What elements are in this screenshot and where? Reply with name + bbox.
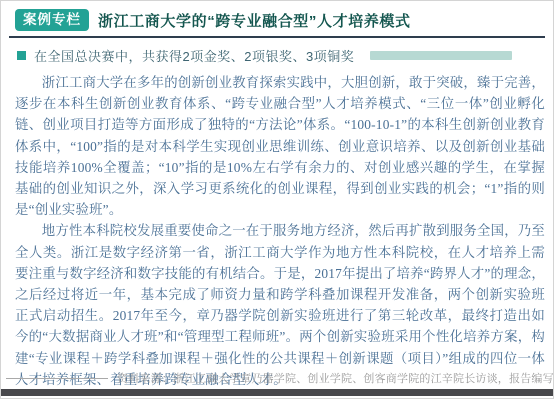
source-note: 资料来源：浙江工商大学章乃器学院、创业学院、创客商学院的江辛院长访谈，报告编写组… [117, 370, 554, 386]
highlight-text: 在全国总决赛中，共获得2项金奖、2项银奖、3项铜奖 [34, 46, 354, 65]
case-title: 浙江工商大学的“跨专业融合型”人才培养模式 [98, 10, 411, 31]
bottom-shadow [1, 389, 553, 396]
highlight-row: 在全国总决赛中，共获得2项金奖、2项银奖、3项铜奖 [17, 46, 512, 65]
body-paragraph: 地方性本科院校发展重要使命之一在于服务地方经济，然后再扩散到服务全国，乃至全人类… [15, 220, 545, 390]
case-column-badge: 案例专栏 [15, 9, 89, 31]
header-divider [9, 36, 545, 38]
header: 案例专栏 浙江工商大学的“跨专业融合型”人才培养模式 [1, 1, 553, 31]
source-row: 资料来源：浙江工商大学章乃器学院、创业学院、创客商学院的江辛院长访谈，报告编写组… [6, 370, 545, 386]
body-text: 浙江工商大学在多年的创新创业教育探索实践中，大胆创新，敢于突破，臻于完善，逐步在… [15, 72, 545, 390]
source-divider [6, 378, 108, 379]
square-bullet-icon [17, 51, 26, 60]
highlight-bar [370, 51, 512, 60]
body-paragraph: 浙江工商大学在多年的创新创业教育探索实践中，大胆创新，敢于突破，臻于完善，逐步在… [15, 72, 545, 220]
case-study-page: 案例专栏 浙江工商大学的“跨专业融合型”人才培养模式 在全国总决赛中，共获得2项… [0, 0, 554, 399]
